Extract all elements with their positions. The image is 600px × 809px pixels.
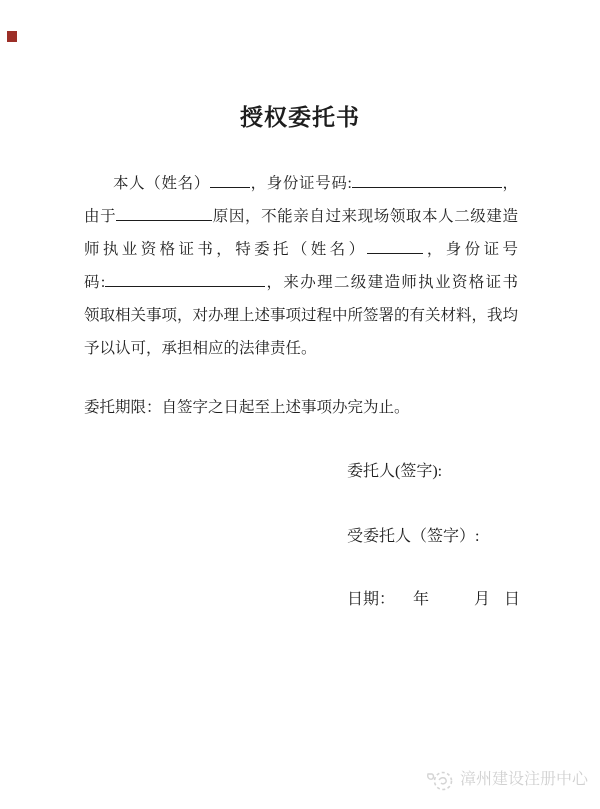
principal-signature-label: 委托人(签字): [347, 455, 442, 488]
watermark-logo-icon [424, 768, 456, 792]
body-line: 领取相关事项，对办理上述事项过程中所签署的有关材料，我均 [84, 299, 518, 332]
body-line: 予以认可，承担相应的法律责任。 [84, 332, 518, 365]
body-line: 本人（姓名），身份证号码:， [84, 167, 518, 200]
body-line: 师执业资格证书，特委托（姓名），身份证号 [84, 233, 518, 266]
body-text: 原因，不能亲自过来现场领取本人二级建造 [212, 208, 518, 225]
body-text: 本人（姓名） [113, 175, 210, 192]
page-title: 授权委托书 [0, 101, 600, 134]
id-number-blank-underline [352, 171, 502, 188]
body-text: 码: [84, 274, 105, 291]
date-line: 日期：年月日 [347, 583, 520, 616]
body-paragraph: 本人（姓名），身份证号码:， 由于原因，不能亲自过来现场领取本人二级建造 师执业… [84, 167, 518, 365]
agent-name-blank-underline [367, 237, 423, 254]
reason-blank-underline [116, 204, 212, 221]
body-text: ，来办理二级建造师执业资格证书 [265, 274, 518, 291]
watermark: 漳州建设注册中心 [424, 768, 588, 792]
agent-signature-label: 受委托人（签字）: [347, 520, 479, 553]
body-text: 师执业资格证书，特委托（姓名） [84, 241, 367, 258]
year-label: 年 [413, 591, 429, 608]
agent-id-blank-underline [105, 270, 265, 287]
body-text: ，身份证号 [423, 241, 518, 258]
body-text: 由于 [84, 208, 116, 225]
body-text: ， [502, 175, 518, 192]
term-line: 委托期限：自签字之日起至上述事项办完为止。 [84, 391, 544, 424]
date-label: 日期： [347, 591, 395, 608]
red-corner-mark [7, 31, 17, 42]
day-label: 日 [504, 591, 520, 608]
document-page: 授权委托书 本人（姓名），身份证号码:， 由于原因，不能亲自过来现场领取本人二级… [0, 0, 600, 809]
body-line: 由于原因，不能亲自过来现场领取本人二级建造 [84, 200, 518, 233]
body-text: ，身份证号码: [250, 175, 352, 192]
name-blank-underline [210, 171, 250, 188]
body-line: 码:，来办理二级建造师执业资格证书 [84, 266, 518, 299]
watermark-text: 漳州建设注册中心 [460, 768, 588, 792]
month-label: 月 [474, 591, 490, 608]
